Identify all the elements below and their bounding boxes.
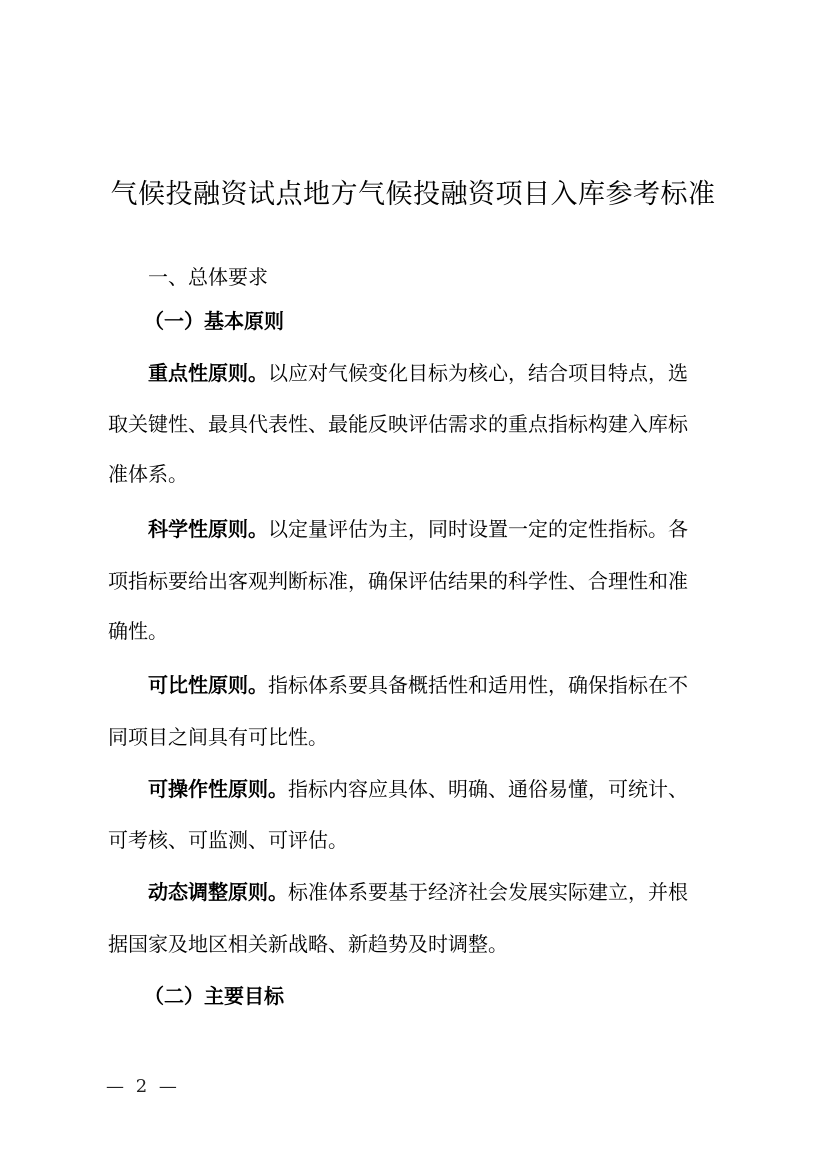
principle-text: 以应对气候变化目标为核心，结合项目特点，选: [268, 361, 688, 385]
principle-text: 指标体系要具备概括性和适用性，确保指标在不: [268, 673, 688, 697]
principle-label: 可比性原则。: [148, 673, 268, 697]
page-number: — 2 —: [106, 1076, 177, 1097]
subsection-heading: （一）基本原则: [144, 306, 756, 336]
principle-text: 项指标要给出客观判断标准，确保评估结果的科学性、合理性和准: [108, 566, 720, 596]
principle-text: 据国家及地区相关新战略、新趋势及时调整。: [108, 929, 720, 959]
principle-text: 确性。: [108, 616, 720, 646]
principle-label: 重点性原则。: [148, 361, 268, 385]
principle-label: 可操作性原则。: [148, 777, 288, 801]
principle-text: 同项目之间具有可比性。: [108, 722, 720, 752]
page-title: 气候投融资试点地方气候投融资项目入库参考标准: [0, 172, 826, 211]
principle-text: 指标内容应具体、明确、通俗易懂，可统计、: [288, 777, 688, 801]
principle-text: 取关键性、最具代表性、最能反映评估需求的重点指标构建入库标: [108, 409, 720, 439]
principle-text: 可考核、可监测、可评估。: [108, 825, 720, 855]
section-heading: 一、总体要求: [148, 262, 760, 292]
principle-text: 准体系。: [108, 459, 720, 489]
principle-label: 动态调整原则。: [148, 880, 288, 904]
principle-text: 以定量评估为主，同时设置一定的定性指标。各: [268, 517, 688, 541]
principle-label: 科学性原则。: [148, 517, 268, 541]
principle-text: 标准体系要基于经济社会发展实际建立，并根: [288, 880, 688, 904]
subsection-heading: （二）主要目标: [144, 981, 756, 1011]
